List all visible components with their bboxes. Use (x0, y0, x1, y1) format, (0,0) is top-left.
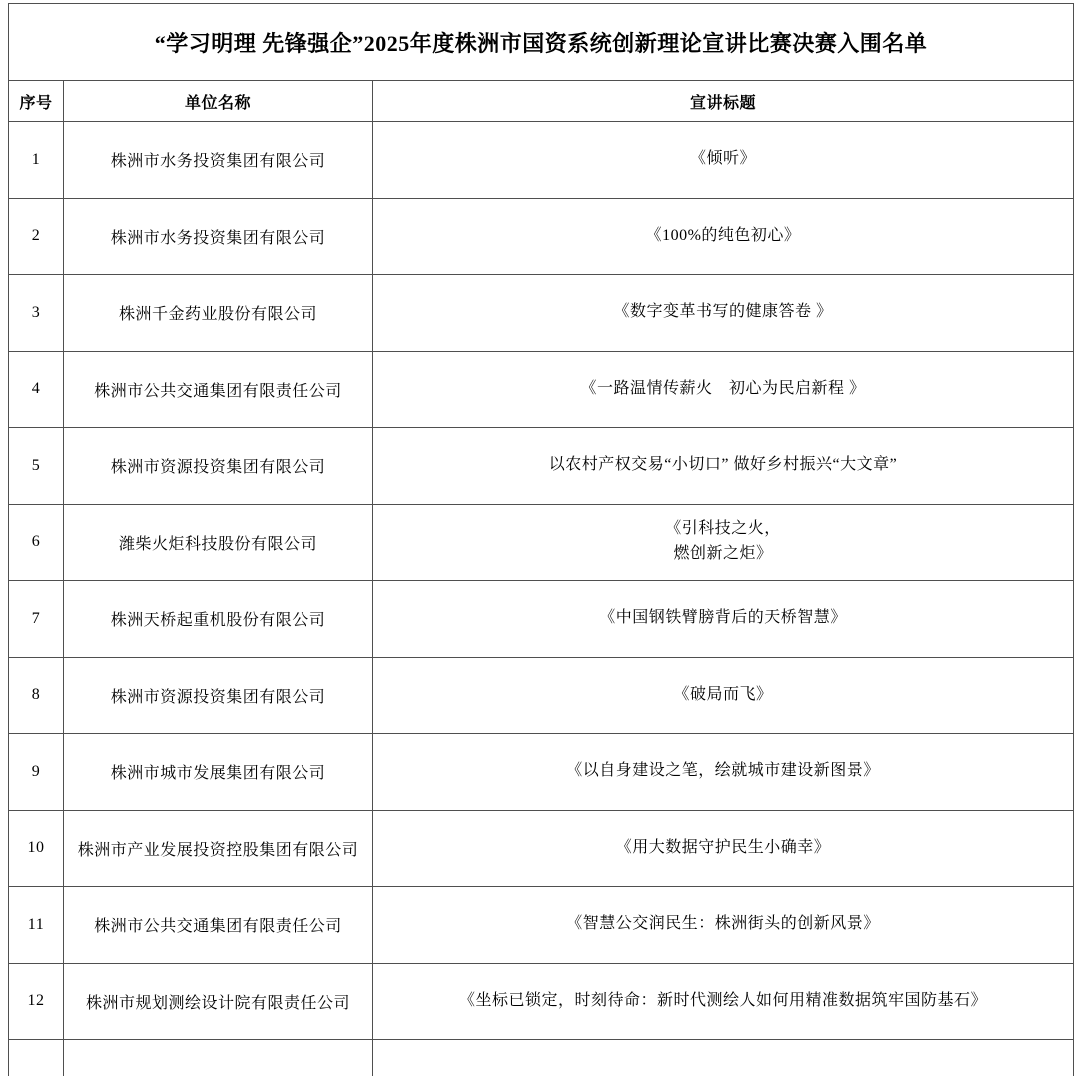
cell-topic: 《数字变革书写的健康答卷 》 (373, 275, 1074, 352)
cell-index: 1 (9, 122, 64, 199)
cell-topic: 《智慧公交润民生：株洲街头的创新风景》 (373, 887, 1074, 964)
header-cell-index: 序号 (9, 81, 64, 122)
cell-unit: 株洲市公共交通集团有限责任公司 (64, 351, 373, 428)
table-row: 2 株洲市水务投资集团有限公司 《100%的纯色初心》 (9, 198, 1074, 275)
header-cell-unit: 单位名称 (64, 81, 373, 122)
cell-unit: 株洲市水务投资集团有限公司 (64, 198, 373, 275)
cell-index: 3 (9, 275, 64, 352)
partial-cell-topic (373, 1040, 1074, 1076)
table-row: 11 株洲市公共交通集团有限责任公司 《智慧公交润民生：株洲街头的创新风景》 (9, 887, 1074, 964)
cell-unit: 株洲市资源投资集团有限公司 (64, 657, 373, 734)
cell-topic: 《倾听》 (373, 122, 1074, 199)
partial-cell-index (9, 1040, 64, 1076)
cell-unit: 株洲市规划测绘设计院有限责任公司 (64, 963, 373, 1040)
cell-index: 11 (9, 887, 64, 964)
table-row: 1 株洲市水务投资集团有限公司 《倾听》 (9, 122, 1074, 199)
header-cell-topic: 宣讲标题 (373, 81, 1074, 122)
title-row: “学习明理 先锋强企”2025年度株洲市国资系统创新理论宣讲比赛决赛入围名单 (9, 4, 1074, 81)
cell-unit: 株洲市水务投资集团有限公司 (64, 122, 373, 199)
cell-index: 9 (9, 734, 64, 811)
cell-unit: 株洲市城市发展集团有限公司 (64, 734, 373, 811)
cell-index: 2 (9, 198, 64, 275)
finalist-table: “学习明理 先锋强企”2025年度株洲市国资系统创新理论宣讲比赛决赛入围名单 序… (8, 3, 1074, 1076)
table-row: 8 株洲市资源投资集团有限公司 《破局而飞》 (9, 657, 1074, 734)
table-row: 10 株洲市产业发展投资控股集团有限公司 《用大数据守护民生小确幸》 (9, 810, 1074, 887)
table-row: 3 株洲千金药业股份有限公司 《数字变革书写的健康答卷 》 (9, 275, 1074, 352)
page-title: “学习明理 先锋强企”2025年度株洲市国资系统创新理论宣讲比赛决赛入围名单 (9, 4, 1074, 81)
cell-unit: 株洲市产业发展投资控股集团有限公司 (64, 810, 373, 887)
cell-index: 6 (9, 504, 64, 581)
cell-unit: 株洲天桥起重机股份有限公司 (64, 581, 373, 658)
cell-topic: 《一路温情传薪火 初心为民启新程 》 (373, 351, 1074, 428)
cell-topic: 以农村产权交易“小切口” 做好乡村振兴“大文章” (373, 428, 1074, 505)
table-row: 7 株洲天桥起重机股份有限公司 《中国钢铁臂膀背后的天桥智慧》 (9, 581, 1074, 658)
header-row: 序号 单位名称 宣讲标题 (9, 81, 1074, 122)
cell-index: 12 (9, 963, 64, 1040)
cell-topic: 《坐标已锁定，时刻待命：新时代测绘人如何用精准数据筑牢国防基石》 (373, 963, 1074, 1040)
cell-topic: 《100%的纯色初心》 (373, 198, 1074, 275)
cell-unit: 株洲市资源投资集团有限公司 (64, 428, 373, 505)
table-row: 5 株洲市资源投资集团有限公司 以农村产权交易“小切口” 做好乡村振兴“大文章” (9, 428, 1074, 505)
cell-topic: 《用大数据守护民生小确幸》 (373, 810, 1074, 887)
partial-cell-unit (64, 1040, 373, 1076)
table-row: 9 株洲市城市发展集团有限公司 《以自身建设之笔，绘就城市建设新图景》 (9, 734, 1074, 811)
cell-topic: 《破局而飞》 (373, 657, 1074, 734)
cell-index: 7 (9, 581, 64, 658)
cell-topic: 《以自身建设之笔，绘就城市建设新图景》 (373, 734, 1074, 811)
cell-index: 5 (9, 428, 64, 505)
cell-index: 4 (9, 351, 64, 428)
table-row: 4 株洲市公共交通集团有限责任公司 《一路温情传薪火 初心为民启新程 》 (9, 351, 1074, 428)
cell-index: 8 (9, 657, 64, 734)
cell-topic: 《引科技之火， 燃创新之炬》 (373, 504, 1074, 581)
cell-unit: 株洲市公共交通集团有限责任公司 (64, 887, 373, 964)
cell-index: 10 (9, 810, 64, 887)
cell-unit: 株洲千金药业股份有限公司 (64, 275, 373, 352)
document-page: “学习明理 先锋强企”2025年度株洲市国资系统创新理论宣讲比赛决赛入围名单 序… (0, 3, 1080, 1076)
partial-row (9, 1040, 1074, 1076)
cell-topic: 《中国钢铁臂膀背后的天桥智慧》 (373, 581, 1074, 658)
table-row: 12 株洲市规划测绘设计院有限责任公司 《坐标已锁定，时刻待命：新时代测绘人如何… (9, 963, 1074, 1040)
table-row: 6 潍柴火炬科技股份有限公司 《引科技之火， 燃创新之炬》 (9, 504, 1074, 581)
cell-unit: 潍柴火炬科技股份有限公司 (64, 504, 373, 581)
